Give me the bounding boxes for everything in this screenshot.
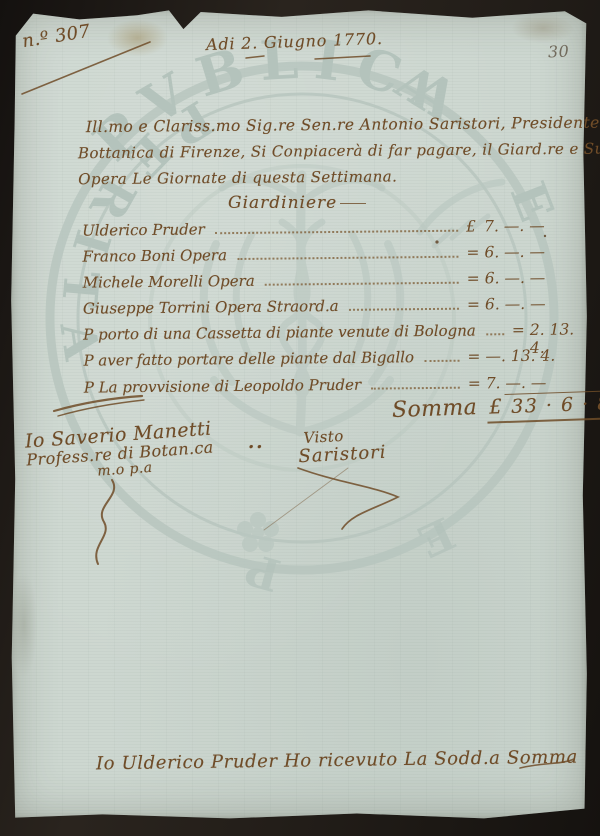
equals-symbol: =: [467, 348, 480, 366]
row-label: Franco Boni Opera: [82, 246, 227, 266]
total-amount: 33 · 6 · 8: [505, 390, 600, 418]
equals-symbol: =: [467, 270, 480, 288]
row-label: P porto di una Cassetta di piante venute…: [83, 322, 476, 344]
row-label: Giuseppe Torrini Opera Straord.a: [83, 297, 339, 318]
row-amount: —. 13. 4.: [485, 347, 555, 366]
dotted-leader: [486, 334, 504, 336]
table-row: Michele Morelli Opera =6. —. —: [83, 269, 585, 295]
dotted-leader: [265, 282, 459, 286]
dotted-leader: [215, 230, 458, 235]
row-label: Michele Morelli Opera: [83, 272, 255, 292]
total-amount-box: £ 33 · 6 · 8: [487, 390, 600, 424]
salutation-paragraph: Ill.mo e Clariss.mo Sig.re Sen.re Antoni…: [78, 110, 581, 192]
equals-symbol: =: [467, 296, 480, 314]
lira-symbol: £: [489, 394, 503, 418]
row-label: P La provvisione di Leopoldo Pruder: [84, 375, 362, 396]
table-row: Giuseppe Torrini Opera Straord.a =6. —. …: [83, 295, 585, 321]
salutation-line-3: Opera Le Giornate di questa Settimana.: [78, 162, 580, 192]
table-row: P porto di una Cassetta di piante venute…: [83, 321, 585, 347]
ditto-marks: ..: [248, 432, 265, 453]
table-row: Franco Boni Opera =6. —. —: [82, 242, 584, 268]
table-row: P aver fatto portare delle piante dal Bi…: [83, 347, 585, 373]
row-amount: 6. —. —: [484, 243, 545, 262]
expense-table: Ulderico Pruder £7. —. — Franco Boni Ope…: [82, 216, 586, 404]
row-amount: 6. —. —: [485, 295, 546, 314]
scan-frame: PVBLICA PERITA A E E P: [0, 0, 600, 836]
dotted-leader: [371, 386, 460, 389]
row-label: Ulderico Pruder: [82, 220, 205, 239]
equals-symbol: =: [466, 244, 479, 262]
dotted-leader: [349, 308, 459, 311]
row-label: P aver fatto portare delle piante dal Bi…: [83, 349, 414, 370]
signature-saristori: Visto Saristori: [297, 425, 387, 468]
table-row: Ulderico Pruder £7. —. —: [82, 216, 584, 242]
dotted-leader: [424, 360, 459, 362]
section-header-giardiniere: Giardiniere: [228, 193, 366, 213]
equals-symbol: =: [468, 374, 481, 392]
total-label: Somma: [392, 395, 478, 423]
row-amount: 7. —. —: [486, 373, 547, 392]
row-amount: 6. —. —: [485, 269, 546, 288]
row-amount: 7. —. —: [484, 217, 545, 236]
pencil-page-number: 30: [548, 41, 570, 61]
currency-symbol: £: [466, 217, 479, 235]
dotted-leader: [237, 256, 458, 260]
